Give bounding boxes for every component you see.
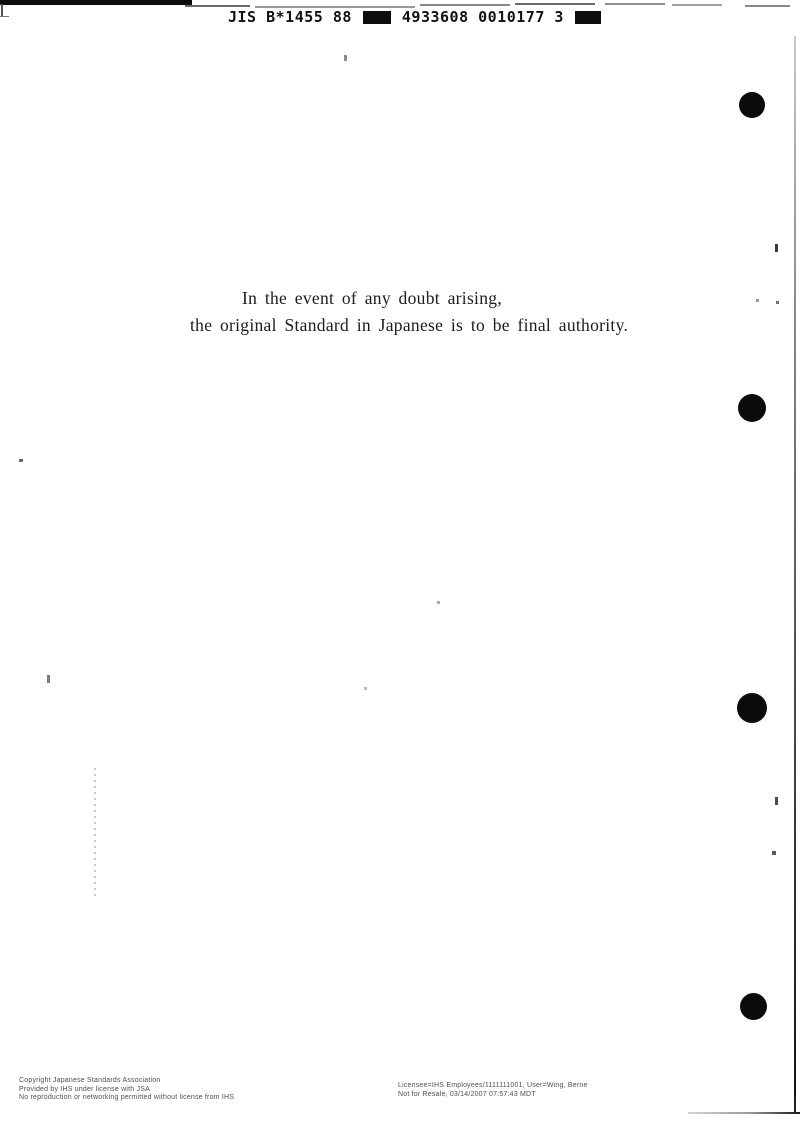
scan-speck [47, 675, 50, 683]
top-edge-dash [515, 3, 595, 5]
faint-dotted-line [94, 768, 96, 896]
standard-code-right: 4933608 0010177 3 [402, 8, 564, 26]
scan-speck [772, 851, 776, 855]
statement-line-1: In the event of any doubt arising, [190, 285, 576, 312]
scan-speck [775, 244, 778, 252]
binding-hole [738, 394, 766, 422]
scan-speck [19, 459, 23, 462]
scanned-document-page: JIS B*1455 88 4933608 0010177 3 In the e… [0, 0, 800, 1121]
copyright-line-2: Provided by IHS under license with JSA [19, 1086, 234, 1095]
right-page-edge-line [794, 36, 796, 1113]
copyright-line-3: No reproduction or networking permitted … [19, 1094, 234, 1103]
statement-line-2: the original Standard in Japanese is to … [190, 312, 576, 339]
scan-speck [437, 601, 440, 604]
binding-hole [740, 993, 767, 1020]
top-edge-dash [420, 4, 510, 6]
licensee-line-1: Licensee=IHS Employees/1111111001, User=… [398, 1082, 588, 1091]
scan-speck [344, 55, 347, 61]
scan-speck [364, 687, 367, 690]
scan-speck [756, 299, 759, 302]
filled-block-icon [363, 11, 391, 24]
top-left-corner-mark [0, 16, 9, 17]
top-edge-dash [745, 5, 790, 7]
binding-hole [737, 693, 767, 723]
standard-code-left: JIS B*1455 88 [228, 8, 352, 26]
filled-block-icon [575, 11, 601, 24]
scan-speck [776, 301, 779, 304]
bottom-right-edge-tick [794, 1097, 796, 1113]
top-edge-dash [185, 5, 250, 7]
standard-code-header: JIS B*1455 88 4933608 0010177 3 [228, 8, 601, 26]
copyright-notice: Copyright Japanese Standards Association… [19, 1077, 234, 1103]
copyright-line-1: Copyright Japanese Standards Association [19, 1077, 234, 1086]
binding-hole [739, 92, 765, 118]
licensee-notice: Licensee=IHS Employees/1111111001, User=… [398, 1082, 588, 1099]
top-left-corner-mark [1, 4, 3, 16]
licensee-line-2: Not for Resale, 03/14/2007 07:57:43 MDT [398, 1091, 588, 1100]
scan-speck [775, 797, 778, 805]
top-edge-dash [672, 4, 722, 6]
top-edge-scan-bar [0, 0, 192, 5]
top-edge-dash [605, 3, 665, 5]
bottom-page-edge-line [688, 1112, 800, 1114]
authority-statement: In the event of any doubt arising, the o… [190, 285, 576, 339]
